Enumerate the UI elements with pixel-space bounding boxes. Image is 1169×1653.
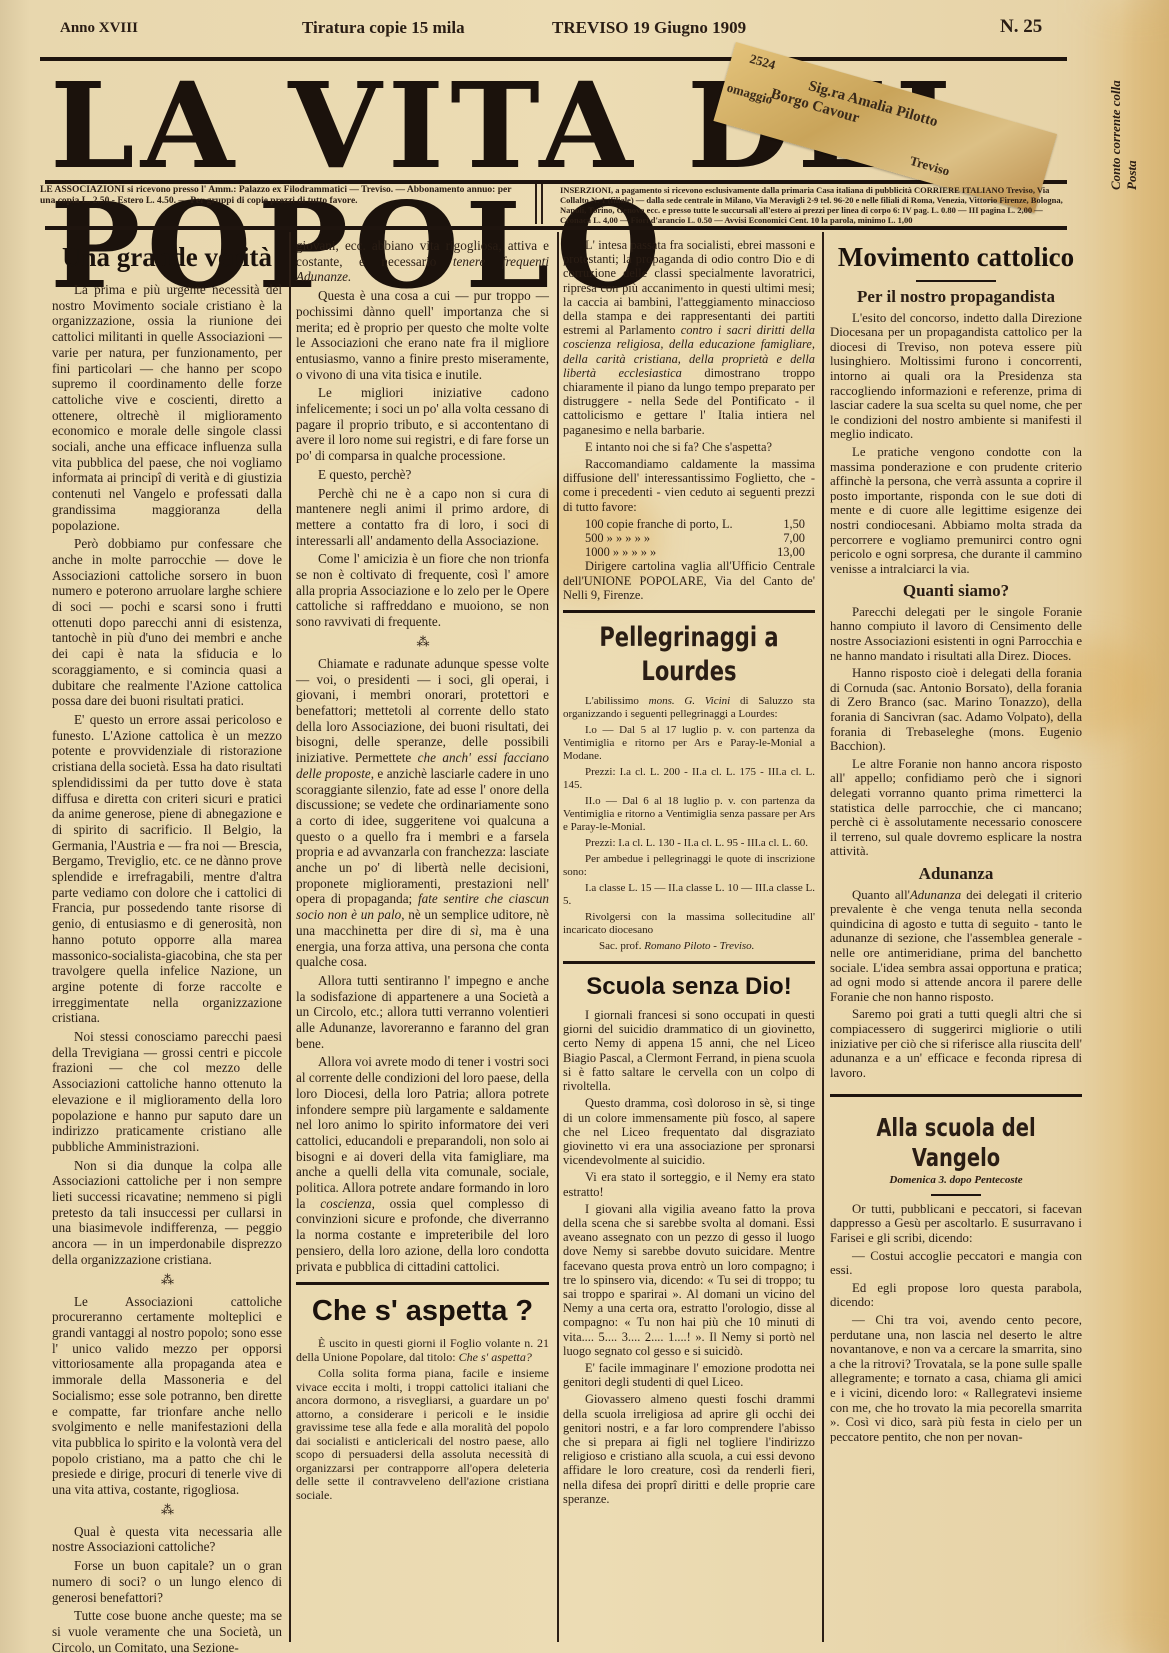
paragraph: Colla solita forma piana, facile e insie… [296,1367,549,1502]
column-rule [822,232,824,1642]
text-run: L'abilissimo [585,695,649,707]
article-title-movimento: Movimento cattolico [830,240,1082,274]
paragraph: Le migliori iniziative cadono infeliceme… [296,385,549,464]
signature: Sac. prof. Romano Piloto - Treviso. [563,940,815,953]
price-value: 7,00 [783,531,805,545]
paragraph: giovani, ecc. abbiano vita rigogliosa, a… [296,238,549,285]
paragraph: Questo dramma, così doloroso in sè, si t… [563,1096,815,1167]
paragraph: Raccomandiamo caldamente la massima diff… [563,457,815,514]
section-ornament: ⁂ [296,636,549,648]
text-run: Sac. prof. [599,940,644,952]
paragraph: L' intesa passata fra socialisti, ebrei … [563,238,815,437]
paragraph: I giovani alla vigilia aveano fatto la p… [563,1202,815,1358]
section-rule [563,961,815,964]
text-run: dei delegati il criterio prevalente è ch… [830,888,1082,1004]
paragraph: Chiamate e radunate adunque spesse volte… [296,656,549,970]
article-title-grande-verita: Una grande verità [52,240,282,274]
paper-edge-stain [1100,0,1169,1653]
section-ornament: ⁂ [52,1274,282,1286]
paragraph: Saremo poi grati a tutti quegli altri ch… [830,1007,1082,1080]
column-2: giovani, ecc. abbiano vita rigogliosa, a… [296,238,549,1505]
italic-run: Romano Piloto - Treviso. [644,940,754,952]
vangelo-subtitle: Domenica 3. dopo Pentecoste [830,1173,1082,1188]
paragraph: Or tutti, pubblicani e peccatori, si fac… [830,1202,1082,1246]
italic-run: Adunanza [910,888,961,902]
price-row: 500 » » » » »7,00 [563,531,815,545]
article-title-che-aspetta: Che s' aspetta ? [296,1293,549,1329]
paragraph: E' facile immaginare l' emozione prodott… [563,1361,815,1389]
paragraph: È uscito in questi giorni il Foglio vola… [296,1337,549,1364]
paragraph: Per ambedue i pellegrinaggi le quote di … [563,853,815,879]
paragraph: Tutte cose buone anche queste; ma se si … [52,1608,282,1653]
text-run: Quanto all' [852,888,910,902]
paragraph: Vi era stato il sorteggio, e il Nemy era… [563,1170,815,1198]
label-note: omaggio [725,80,775,108]
article-title-vangelo: Alla scuola del Vangelo [842,1113,1070,1173]
content-top-rule [45,226,1067,230]
circulation-label: Tiratura copie 15 mila [302,18,465,38]
section-rule [296,1282,549,1285]
paragraph: Giovassero almeno questi foschi drammi d… [563,1392,815,1506]
postal-note: Conto corrente colla Posta [1108,80,1158,190]
section-rule [563,610,815,613]
price-qty: 1000 » » » » » [585,545,656,559]
paragraph: Allora tutti sentiranno l' impegno e anc… [296,973,549,1052]
text-run: , e anzichè lasciarle cadere in uno scor… [296,766,549,907]
column-rule [557,232,559,1642]
section-ornament: ⁂ [52,1504,282,1516]
paragraph: Qual è questa vita necessaria alle nostr… [52,1524,282,1555]
paragraph: Forse un buon capitale? un o gran numero… [52,1558,282,1605]
paragraph: Le Associazioni cattoliche procureranno … [52,1294,282,1498]
paragraph: E intanto noi che si fa? Che s'aspetta? [563,440,815,454]
paragraph: Perchè chi ne è a capo non si cura di ma… [296,486,549,549]
paragraph: Non si dia dunque la colpa alle Associaz… [52,1158,282,1268]
paragraph: Allora voi avrete modo di tener i vostri… [296,1054,549,1274]
paragraph: Come l' amicizia è un fiore che non trio… [296,551,549,630]
text-run: Allora voi avrete modo di tener i vostri… [296,1054,549,1210]
paragraph: I.o — Dal 5 al 17 luglio p. v. con parte… [563,724,815,763]
label-number: 2524 [748,51,777,74]
paragraph: Dirigere cartolina vaglia all'Ufficio Ce… [563,559,815,602]
paragraph: Noi stessi conosciamo parecchi paesi del… [52,1029,282,1155]
text-run: Chiamate e radunate adunque spesse volte… [296,656,549,765]
paragraph: Però dobbiamo pur confessare che anche i… [52,536,282,709]
paragraph: — Costui accoglie peccatori e mangia con… [830,1249,1082,1278]
section-rule [830,1094,1082,1097]
column-rule [289,232,291,1642]
lourdes-body: L'abilissimo mons. G. Vicini di Saluzzo … [563,695,815,953]
title-rule [931,1194,981,1196]
dateline: TREVISO 19 Giugno 1909 [552,18,746,38]
paragraph: Le pratiche vengono condotte con la mass… [830,445,1082,576]
issue-number: N. 25 [1000,16,1042,38]
subheading-adunanza: Adunanza [830,867,1082,882]
header-topline: Anno XVIII Tiratura copie 15 mila TREVIS… [40,8,1079,36]
column-3: L' intesa passata fra socialisti, ebrei … [563,238,815,1509]
subheading-quanti-siamo: Quanti siamo? [830,584,1082,599]
paragraph: Le altre Foranie non hanno ancora rispos… [830,757,1082,859]
paragraph: L'abilissimo mons. G. Vicini di Saluzzo … [563,695,815,721]
price-value: 1,50 [783,517,805,531]
paragraph: — Chi tra voi, avendo cento pecore, perd… [830,1313,1082,1444]
italic-run: coscienza [320,1196,371,1211]
paragraph: E questo, perchè? [296,467,549,483]
paragraph: Prezzi: I.a cl. L. 200 - II.a cl. L. 175… [563,766,815,792]
subheading-propagandista: Per il nostro propagandista [830,290,1082,305]
paragraph: L'esito del concorso, indetto dalla Dire… [830,311,1082,442]
paragraph: Questa è una cosa a cui — pur troppo — p… [296,288,549,382]
paragraph: La prima e più urgente necessità del nos… [52,282,282,533]
italic-run: sì [470,923,479,938]
masthead-bottom-rule [45,180,1067,184]
paragraph: E' questo un errore assai pericoloso e f… [52,712,282,1026]
column-4: Movimento cattolico Per il nostro propag… [830,240,1082,1447]
paragraph: Prezzi: I.a cl. L. 130 - II.a cl. L. 95 … [563,837,815,850]
italic-run: Che s' aspetta? [459,1350,532,1364]
column-1: Una grande verità La prima e più urgente… [52,240,282,1653]
price-row: 1000 » » » » »13,00 [563,545,815,559]
subscription-info: LE ASSOCIAZIONI si ricevono presso l' Am… [40,185,520,207]
italic-run: mons. G. Vicini [649,695,731,707]
paragraph: Hanno risposto cioè i delegati della for… [830,666,1082,754]
paragraph: Quanto all'Adunanza dei delegati il crit… [830,888,1082,1005]
paragraph: II.o — Dal 6 al 18 luglio p. v. con part… [563,795,815,834]
title-rule [916,280,996,282]
info-divider [535,184,543,224]
paragraph: Rivolgersi con la massima sollecitudine … [563,911,815,937]
label-city: Treviso [908,153,952,180]
paragraph: Parecchi delegati per le singole Foranie… [830,605,1082,663]
article-title-scuola: Scuola senza Dio! [563,972,815,1002]
price-qty: 100 copie franche di porto, L. [585,517,733,531]
article-title-lourdes: Pellegrinaggi a Lourdes [567,621,810,689]
price-qty: 500 » » » » » [585,531,650,545]
paragraph: Ed egli propose loro questa parabola, di… [830,1281,1082,1310]
paragraph: I giornali francesi si sono occupati in … [563,1008,815,1093]
advertising-info: INSERZIONI, a pagamento si ricevono escl… [560,185,1065,225]
paragraph: I.a classe L. 15 — II.a classe L. 10 — I… [563,882,815,908]
price-row: 100 copie franche di porto, L.1,50 [563,517,815,531]
year-label: Anno XVIII [60,20,138,37]
price-value: 13,00 [777,545,805,559]
